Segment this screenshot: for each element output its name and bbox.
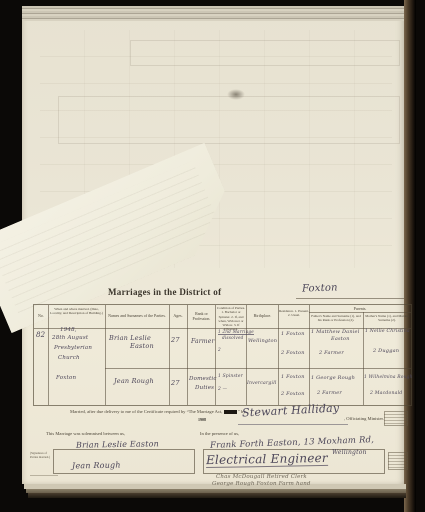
bride-rank-2: Duties [195, 385, 214, 391]
groom-father-1: 1 Matthew Daniel [311, 329, 360, 335]
bride-birthplace: Invercargill [247, 381, 277, 386]
entry-number: 82 [36, 331, 45, 339]
bride-rank-1: Domestic [189, 376, 217, 382]
bride-mother-maiden: 2 Macdonald [370, 391, 402, 396]
header-rank: Rank or Profession. [188, 311, 215, 321]
bride-father-1: 1 George Rough [311, 375, 355, 381]
district-name-handwritten: Foxton [302, 282, 338, 294]
parents-split-line [309, 312, 411, 313]
header-parents: Parents. [309, 306, 411, 311]
page-stack-edges [22, 6, 406, 21]
solemnised-label: This Marriage was solemnised between us, [46, 431, 125, 436]
entry-building1: Presbyterian [54, 345, 92, 351]
groom-condition-2: dissolved [222, 335, 244, 340]
redacted-act-year [224, 410, 237, 414]
col-line [363, 312, 364, 405]
groom-birthplace: Wellington [248, 338, 277, 344]
col-line [246, 305, 247, 405]
entry-year: 1948, [60, 327, 77, 333]
bride-condition-2: 2 — [218, 387, 227, 392]
entry-building2: Church [58, 355, 80, 361]
bride-father-rank: 2 Farmer [317, 390, 342, 396]
ink-smudge [227, 89, 245, 100]
register-title: Marriages in the District of [108, 287, 221, 297]
header-residence: Residence. 1. Present. 2. Usual. [279, 309, 309, 318]
groom-name: Brian Leslie [109, 334, 151, 342]
groom-mother-1: 1 Nellie Christina [365, 329, 410, 334]
book-bottom-shadow [28, 493, 406, 498]
presence-label: In the presence of us, [200, 431, 239, 436]
header-ages: Ages. [169, 313, 187, 318]
pencil-note-2: George Rough Foxton Farm hand [212, 481, 311, 487]
groom-surname: Easton [130, 342, 154, 350]
groom-condition-3: 2 [218, 347, 221, 352]
bride-residence-1: 1 Foxton [281, 374, 305, 380]
header-birthplace: Birthplace. [247, 313, 278, 318]
district-underline [296, 298, 404, 299]
witness-stamp [388, 452, 408, 470]
certification-line: Married, after due delivery to me of the… [70, 409, 270, 414]
col-line [169, 305, 170, 405]
col-line [48, 305, 49, 405]
book-spine-edge [404, 0, 416, 512]
groom-residence-2: 2 Foxton [281, 350, 305, 356]
groom-father-2: Easton [331, 336, 350, 342]
witness1-place: Wellington [332, 449, 367, 456]
header-names: Names and Surnames of the Parties. [106, 313, 168, 318]
bride-name: Jean Rough [114, 377, 154, 385]
col-line [105, 305, 106, 405]
header-when: When and where married. (Date, Locality,… [49, 307, 104, 316]
groom-residence-1: 1 Foxton [281, 331, 305, 337]
registrar-stamp [384, 411, 408, 426]
bride-residence-2: 2 Foxton [281, 391, 305, 397]
marriage-table: No. When and where married. (Date, Local… [33, 304, 412, 406]
showthrough-box [58, 96, 400, 144]
header-father: Father's Name and Surname (1), and his R… [310, 314, 362, 323]
groom-signature: Brian Leslie Easton [76, 439, 159, 449]
witness2-signature: Electrical Engineer [206, 451, 328, 468]
pencil-note-1: Chas McDougall Retired Clerk [216, 474, 307, 480]
showthrough-box [130, 40, 400, 66]
minister-signature-line [238, 424, 348, 425]
bride-signature: Jean Rough [72, 461, 121, 471]
bride-condition-1: 1 Spinster [218, 374, 243, 379]
col-line [278, 305, 279, 405]
header-condition: Condition of Parties. 1. Bachelor or Spi… [216, 306, 246, 332]
parties-footnote [30, 473, 58, 477]
act-year-stamp: 1908 [198, 417, 206, 422]
bride-age: 27 [171, 379, 180, 387]
groom-mother-maiden: 2 Duggan [373, 348, 399, 354]
row-separator-line [105, 368, 411, 369]
minister-role-label: , Officiating Minister. [344, 416, 384, 421]
groom-father-rank: 2 Farmer [319, 350, 344, 356]
parties-side-note: (Signatures of Parties married.) [30, 452, 50, 460]
groom-rank: Farmer [191, 338, 215, 345]
entry-place: Foxton [56, 375, 76, 381]
certification-text-pre: Married, after due delivery to me of the… [70, 409, 222, 414]
header-mother: Mother's Name (1), and Maiden Surname (2… [364, 314, 410, 323]
bride-mother-1: 1 Wilhelmina Rough [364, 375, 413, 380]
groom-age: 27 [171, 336, 180, 344]
header-no: No. [34, 313, 48, 318]
entry-date: 28th August [52, 335, 88, 341]
